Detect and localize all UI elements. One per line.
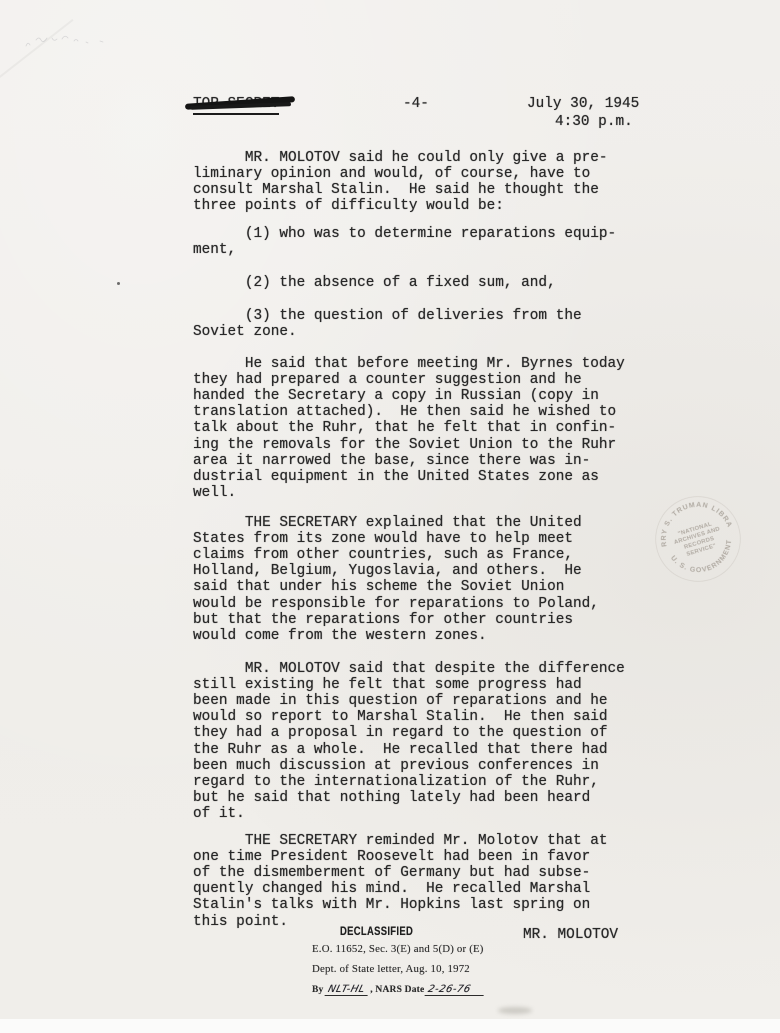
by-label: By <box>312 985 324 995</box>
paragraph-secretary-reminded: THE SECRETARY reminded Mr. Molotov that … <box>193 833 693 930</box>
paragraph-molotov-progress: MR. MOLOTOV said that despite the differ… <box>193 661 693 823</box>
paper-smudge <box>498 1007 532 1014</box>
scanned-document-page: TOP SECRET -4- July 30, 1945 4:30 p.m. M… <box>0 0 780 1033</box>
paragraph-point-2: (2) the absence of a fixed sum, and, <box>193 275 693 291</box>
declassified-title: DECLASSIFIED <box>340 926 413 938</box>
reviewer-initials-handwritten: NLT-HL <box>324 984 370 996</box>
document-body: MR. MOLOTOV said he could only give a pr… <box>193 150 693 930</box>
paragraph-counter-suggestion: He said that before meeting Mr. Byrnes t… <box>193 356 693 502</box>
paragraph-molotov-preliminary: MR. MOLOTOV said he could only give a pr… <box>193 150 693 215</box>
closing-speaker-name: MR. MOLOTOV <box>523 927 618 943</box>
paragraph-point-1: (1) who was to determine reparations equ… <box>193 226 693 258</box>
document-time: 4:30 p.m. <box>555 114 633 130</box>
page-number: -4- <box>403 96 429 112</box>
paragraph-point-3: (3) the question of deliveries from the … <box>193 308 693 340</box>
scan-edge-strip <box>0 1019 780 1033</box>
paragraph-secretary-explained: THE SECRETARY explained that the United … <box>193 515 693 645</box>
document-date: July 30, 1945 <box>527 96 639 112</box>
ink-speck <box>117 282 120 285</box>
declassified-authority-line: E.O. 11652, Sec. 3(E) and 5(D) or (E) <box>312 943 484 955</box>
nars-date-handwritten: 2-26-76 <box>425 984 487 996</box>
declassified-source-line: Dept. of State letter, Aug. 10, 1972 <box>312 963 470 975</box>
declassified-by-line: ByNLT-HL, NARS Date2-26-76 <box>312 983 487 996</box>
nars-date-label: , NARS Date <box>370 985 424 995</box>
